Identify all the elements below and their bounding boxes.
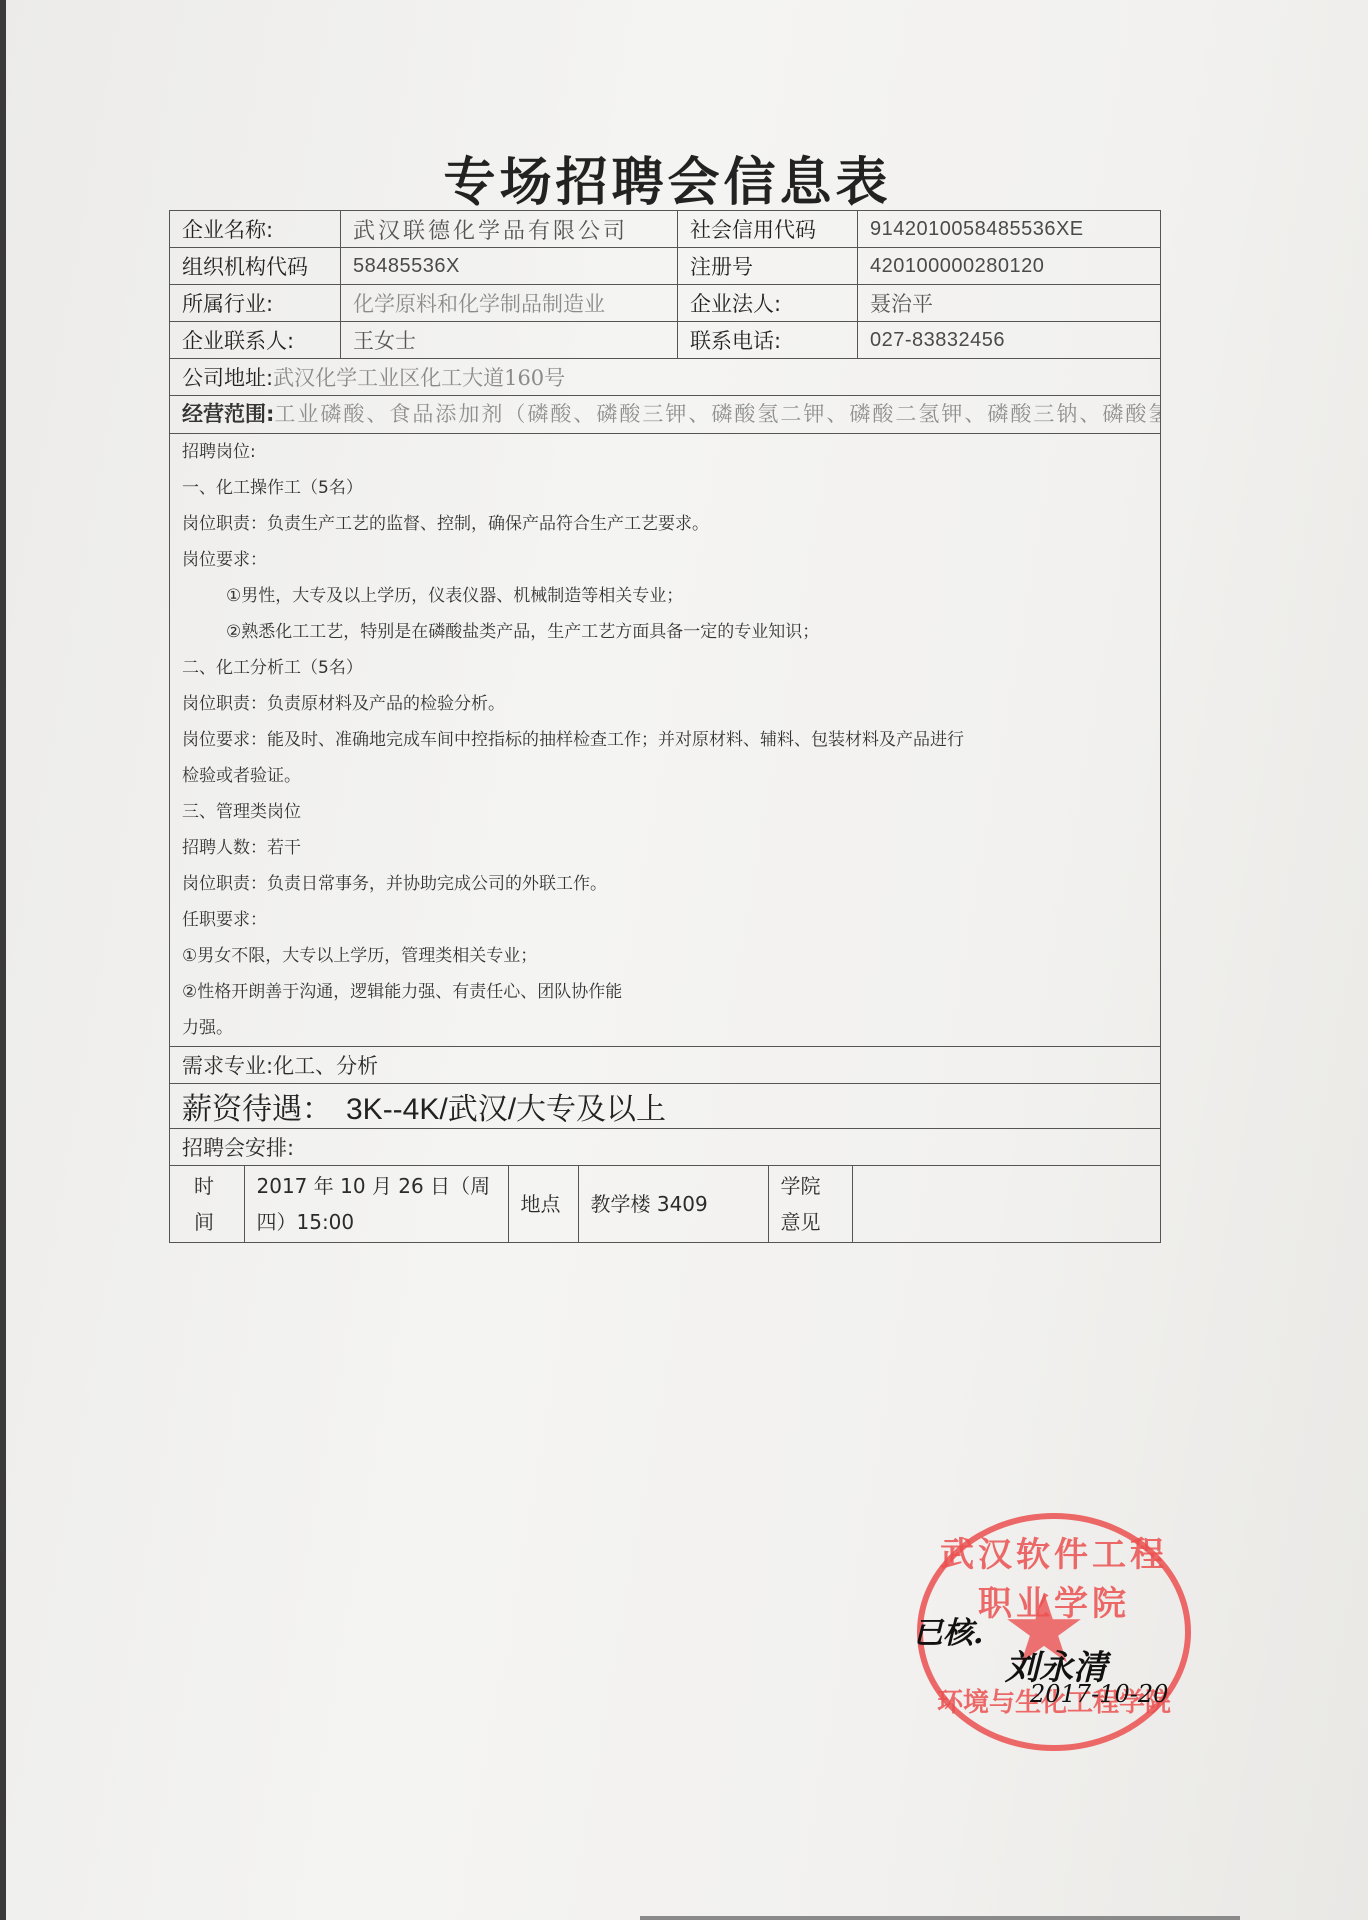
legal-rep-value: 聂治平 bbox=[858, 285, 1161, 322]
credit-code-label: 社会信用代码 bbox=[678, 211, 858, 248]
position-line: 力强。 bbox=[182, 1010, 1148, 1046]
contact-value: 王女士 bbox=[341, 322, 678, 359]
business-scope-label: 经营范围: bbox=[182, 402, 274, 426]
position-line: 检验或者验证。 bbox=[182, 758, 1148, 794]
salary-label: 薪资待遇： bbox=[182, 1092, 332, 1127]
row-schedule: 时间 2017 年 10 月 26 日（周四）15:00 地点 教学楼 3409… bbox=[170, 1166, 1161, 1243]
positions-heading: 招聘岗位: bbox=[182, 434, 1148, 470]
org-code-value: 58485536X bbox=[341, 248, 678, 285]
time-label: 时间 bbox=[182, 1166, 244, 1242]
org-code-label: 组织机构代码 bbox=[170, 248, 341, 285]
position-line: ①男女不限，大专以上学历，管理类相关专业； bbox=[182, 938, 1148, 974]
row-positions: 招聘岗位: 一、化工操作工（5名）岗位职责：负责生产工艺的监督、控制，确保产品符… bbox=[170, 434, 1161, 1047]
row-industry: 所属行业: 化学原料和化学制品制造业 企业法人: 聂治平 bbox=[170, 285, 1161, 322]
opinion-label: 学院意见 bbox=[768, 1166, 852, 1242]
business-scope-cell: 经营范围:工业磷酸、食品添加剂（磷酸、磷酸三钾、磷酸氢二钾、磷酸二氢钾、磷酸三钠… bbox=[170, 396, 1161, 434]
position-line: 岗位要求： bbox=[182, 542, 1148, 578]
row-contact: 企业联系人: 王女士 联系电话: 027-83832456 bbox=[170, 322, 1161, 359]
major-cell: 需求专业:化工、分析 bbox=[170, 1047, 1161, 1084]
position-line: ①男性，大专及以上学历，仪表仪器、机械制造等相关专业； bbox=[182, 578, 1148, 614]
row-business-scope: 经营范围:工业磷酸、食品添加剂（磷酸、磷酸三钾、磷酸氢二钾、磷酸二氢钾、磷酸三钠… bbox=[170, 396, 1161, 434]
schedule-cell: 时间 2017 年 10 月 26 日（周四）15:00 地点 教学楼 3409… bbox=[170, 1166, 1161, 1243]
row-major: 需求专业:化工、分析 bbox=[170, 1047, 1161, 1084]
credit-code-value: 9142010058485536XE bbox=[858, 211, 1161, 248]
legal-rep-label: 企业法人: bbox=[678, 285, 858, 322]
place-value: 教学楼 3409 bbox=[578, 1166, 768, 1242]
company-name-label: 企业名称: bbox=[170, 211, 341, 248]
phone-label: 联系电话: bbox=[678, 322, 858, 359]
handwritten-date: 2017-10-20 bbox=[1030, 1680, 1168, 1708]
position-line: 二、化工分析工（5名） bbox=[182, 650, 1148, 686]
row-org-code: 组织机构代码 58485536X 注册号 420100000280120 bbox=[170, 248, 1161, 285]
arrangement-label: 招聘会安排: bbox=[170, 1129, 1161, 1166]
row-arrangement-heading: 招聘会安排: bbox=[170, 1129, 1161, 1166]
row-company-name: 企业名称: 武汉联德化学品有限公司 社会信用代码 914201005848553… bbox=[170, 211, 1161, 248]
reg-no-label: 注册号 bbox=[678, 248, 858, 285]
address-value: 武汉化学工业区化工大道160号 bbox=[273, 366, 565, 390]
salary-value: 3K--4K/武汉/大专及以上 bbox=[346, 1093, 666, 1126]
major-label: 需求专业: bbox=[182, 1054, 273, 1078]
phone-value: 027-83832456 bbox=[858, 322, 1161, 359]
photo-edge-bottom bbox=[640, 1916, 1240, 1920]
industry-value: 化学原料和化学制品制造业 bbox=[341, 285, 678, 322]
opinion-value bbox=[852, 1166, 1148, 1242]
position-line: 岗位职责：负责生产工艺的监督、控制，确保产品符合生产工艺要求。 bbox=[182, 506, 1148, 542]
row-salary: 薪资待遇：3K--4K/武汉/大专及以上 bbox=[170, 1084, 1161, 1129]
position-line: 岗位职责：负责原材料及产品的检验分析。 bbox=[182, 686, 1148, 722]
address-label: 公司地址: bbox=[182, 366, 273, 390]
contact-label: 企业联系人: bbox=[170, 322, 341, 359]
salary-cell: 薪资待遇：3K--4K/武汉/大专及以上 bbox=[170, 1084, 1161, 1129]
handwritten-approval: 已核. bbox=[913, 1608, 983, 1652]
schedule-table: 时间 2017 年 10 月 26 日（周四）15:00 地点 教学楼 3409… bbox=[182, 1166, 1148, 1242]
row-address: 公司地址:武汉化学工业区化工大道160号 bbox=[170, 359, 1161, 396]
address-cell: 公司地址:武汉化学工业区化工大道160号 bbox=[170, 359, 1161, 396]
position-line: 岗位职责：负责日常事务，并协助完成公司的外联工作。 bbox=[182, 866, 1148, 902]
place-label: 地点 bbox=[508, 1166, 578, 1242]
time-value: 2017 年 10 月 26 日（周四）15:00 bbox=[244, 1166, 508, 1242]
position-line: 任职要求： bbox=[182, 902, 1148, 938]
position-line: 招聘人数：若干 bbox=[182, 830, 1148, 866]
industry-label: 所属行业: bbox=[170, 285, 341, 322]
major-value: 化工、分析 bbox=[273, 1054, 378, 1078]
position-line: 一、化工操作工（5名） bbox=[182, 470, 1148, 506]
business-scope-text: 工业磷酸、食品添加剂（磷酸、磷酸三钾、磷酸氢二钾、磷酸二氢钾、磷酸三钠、磷酸氢二… bbox=[274, 402, 1160, 426]
position-line: ②性格开朗善于沟通，逻辑能力强、有责任心、团队协作能 bbox=[182, 974, 1148, 1010]
recruitment-info-form: 企业名称: 武汉联德化学品有限公司 社会信用代码 914201005848553… bbox=[169, 210, 1161, 1243]
positions-cell: 招聘岗位: 一、化工操作工（5名）岗位职责：负责生产工艺的监督、控制，确保产品符… bbox=[170, 434, 1161, 1047]
photo-edge-left bbox=[0, 0, 6, 1920]
company-name-value: 武汉联德化学品有限公司 bbox=[341, 211, 678, 248]
position-line: ②熟悉化工工艺，特别是在磷酸盐类产品，生产工艺方面具备一定的专业知识； bbox=[182, 614, 1148, 650]
reg-no-value: 420100000280120 bbox=[858, 248, 1161, 285]
position-line: 岗位要求：能及时、准确地完成车间中控指标的抽样检查工作；并对原材料、辅料、包装材… bbox=[182, 722, 1148, 758]
position-line: 三、管理类岗位 bbox=[182, 794, 1148, 830]
positions-list: 一、化工操作工（5名）岗位职责：负责生产工艺的监督、控制，确保产品符合生产工艺要… bbox=[182, 470, 1148, 1046]
document-title: 专场招聘会信息表 bbox=[0, 140, 1335, 215]
